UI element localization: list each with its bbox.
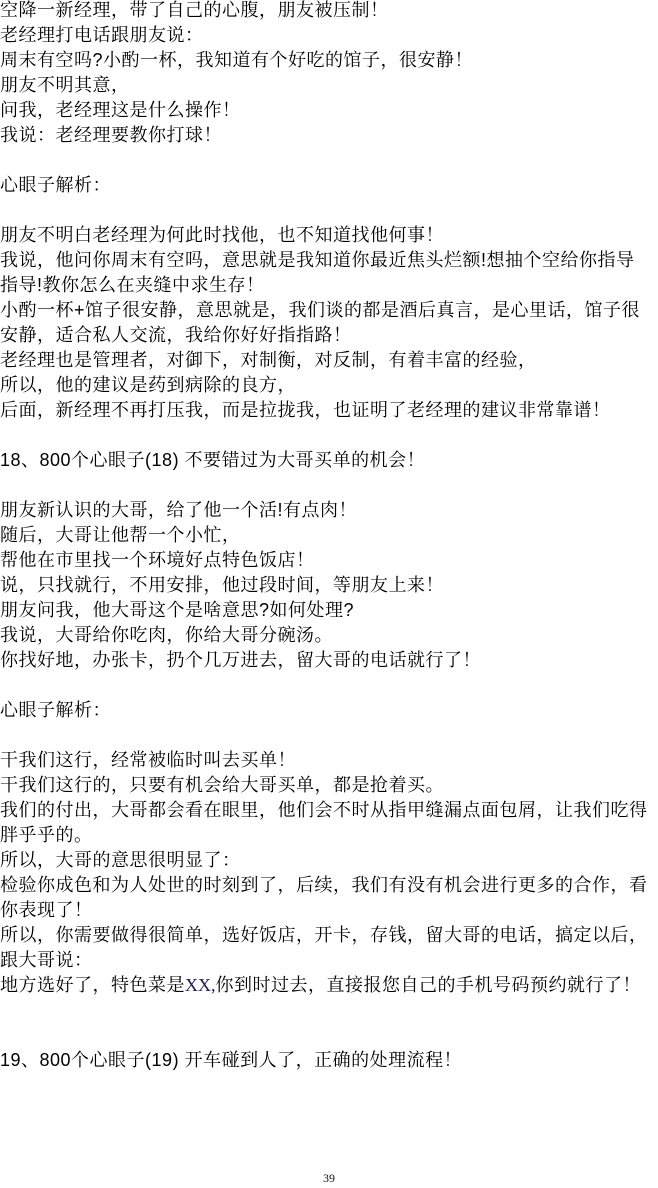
- blank-line: [0, 998, 658, 1023]
- text-line: 你表现了！: [0, 898, 658, 923]
- text-line: 我说：老经理要教你打球！: [0, 123, 658, 148]
- text-line: 跟大哥说：: [0, 948, 658, 973]
- section-heading: 18、800个心眼子(18) 不要错过为大哥买单的机会！: [0, 448, 658, 473]
- analysis-label: 心眼子解析：: [0, 173, 658, 198]
- blank-line: [0, 423, 658, 448]
- text-segment: 地方选好了，特色菜是: [0, 975, 185, 995]
- text-line: 说，只找就行，不用安排，他过段时间，等朋友上来！: [0, 573, 658, 598]
- text-line: 检验你成色和为人处世的时刻到了，后续，我们有没有机会进行更多的合作，看: [0, 873, 658, 898]
- page-footer: 39: [0, 1171, 658, 1186]
- blank-line: [0, 148, 658, 173]
- text-line: 我说，他问你周末有空吗，意思就是我知道你最近焦头烂额!想抽个空给你指导: [0, 248, 658, 273]
- text-line: 胖乎乎的。: [0, 823, 658, 848]
- text-line: 所以，你需要做得很简单，选好饭店，开卡，存钱，留大哥的电话，搞定以后，: [0, 923, 658, 948]
- text-line: 空降一新经理，带了自己的心腹，朋友被压制！: [0, 0, 658, 23]
- page-number: 39: [323, 1171, 335, 1185]
- text-line: 干我们这行，经常被临时叫去买单！: [0, 748, 658, 773]
- text-line: 安静，适合私人交流，我给你好好指指路！: [0, 323, 658, 348]
- text-line: 帮他在市里找一个环境好点特色饭店！: [0, 548, 658, 573]
- text-segment: 你到时过去，直接报您自己的手机号码预约就行了！: [216, 975, 642, 995]
- text-line: 周末有空吗?小酌一杯，我知道有个好吃的馆子，很安静！: [0, 48, 658, 73]
- text-line: 指导!教你怎么在夹缝中求生存！: [0, 273, 658, 298]
- serif-inline-text: XX,: [185, 975, 216, 995]
- text-line: 问我，老经理这是什么操作！: [0, 98, 658, 123]
- text-line: 所以，大哥的意思很明显了：: [0, 848, 658, 873]
- blank-line: [0, 673, 658, 698]
- text-line: 老经理也是管理者，对御下，对制衡，对反制，有着丰富的经验，: [0, 348, 658, 373]
- text-line: 我们的付出，大哥都会看在眼里，他们会不时从指甲缝漏点面包屑，让我们吃得: [0, 798, 658, 823]
- text-line: 老经理打电话跟朋友说：: [0, 23, 658, 48]
- text-line: 我说，大哥给你吃肉，你给大哥分碗汤。: [0, 623, 658, 648]
- document-page: 空降一新经理，带了自己的心腹，朋友被压制！老经理打电话跟朋友说：周末有空吗?小酌…: [0, 0, 658, 1188]
- section-heading: 19、800个心眼子(19) 开车碰到人了，正确的处理流程！: [0, 1048, 658, 1073]
- text-line: 后面，新经理不再打压我，而是拉拢我，也证明了老经理的建议非常靠谱！: [0, 398, 658, 423]
- text-line: 干我们这行的，只要有机会给大哥买单，都是抢着买。: [0, 773, 658, 798]
- text-line: 朋友新认识的大哥，给了他一个活!有点肉！: [0, 498, 658, 523]
- blank-line: [0, 198, 658, 223]
- blank-line: [0, 1023, 658, 1048]
- text-line: 你找好地，办张卡，扔个几万进去，留大哥的电话就行了！: [0, 648, 658, 673]
- blank-line: [0, 723, 658, 748]
- text-line: 朋友不明其意，: [0, 73, 658, 98]
- text-line: 所以，他的建议是药到病除的良方，: [0, 373, 658, 398]
- text-line: 地方选好了，特色菜是XX,你到时过去，直接报您自己的手机号码预约就行了！: [0, 973, 658, 998]
- text-line: 小酌一杯+馆子很安静，意思就是，我们谈的都是酒后真言，是心里话，馆子很: [0, 298, 658, 323]
- text-line: 随后，大哥让他帮一个小忙，: [0, 523, 658, 548]
- analysis-label: 心眼子解析：: [0, 698, 658, 723]
- text-line: 朋友问我，他大哥这个是啥意思?如何处理?: [0, 598, 658, 623]
- text-line: 朋友不明白老经理为何此时找他，也不知道找他何事！: [0, 223, 658, 248]
- document-text: 空降一新经理，带了自己的心腹，朋友被压制！老经理打电话跟朋友说：周末有空吗?小酌…: [0, 0, 658, 1073]
- blank-line: [0, 473, 658, 498]
